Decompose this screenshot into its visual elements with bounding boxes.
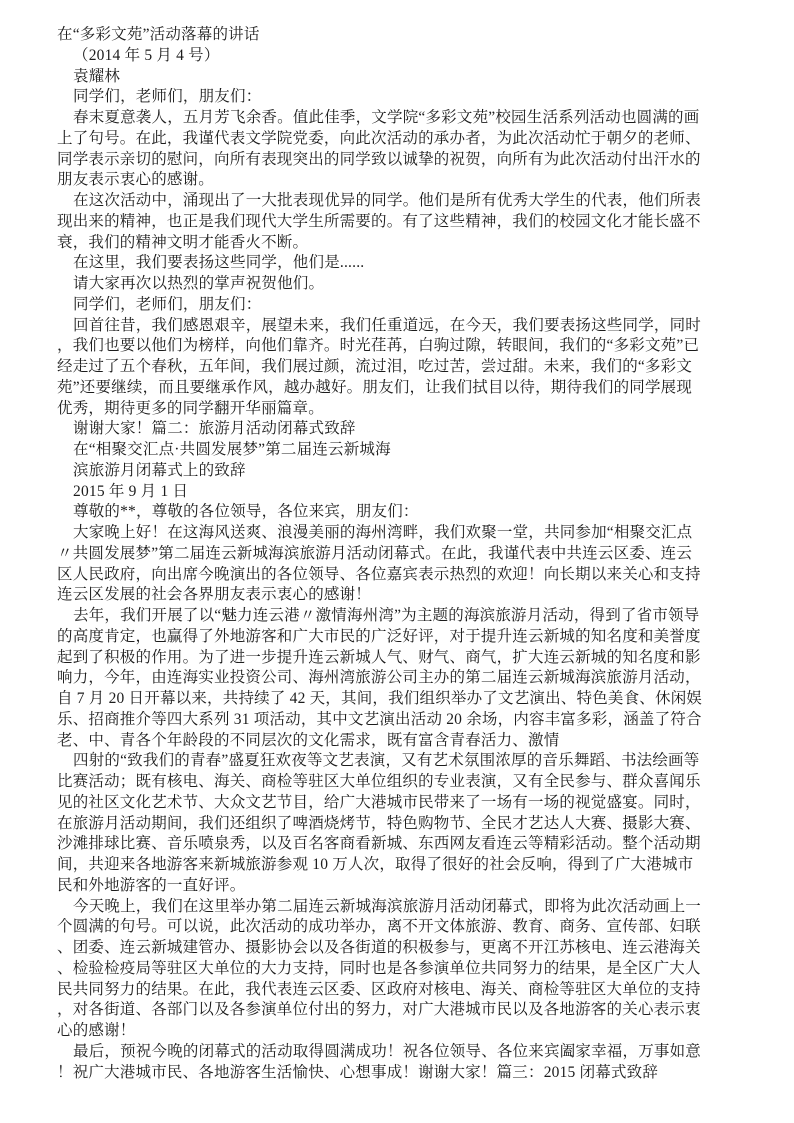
text-line: 上了句号。在此，我谨代表文学院党委，向此次活动的承办者，为此次活动忙于朝夕的老师… [57,129,737,150]
text-line: 尊敬的**，尊敬的各位领导，各位来宾，朋友们： [57,502,737,523]
text-line: 同学们，老师们，朋友们： [57,295,737,316]
text-line: 民和外地游客的一直好评。 [57,876,737,897]
document-page: 在“多彩文苑”活动落幕的讲话（2014 年 5 月 4 号）袁耀林同学们，老师们… [0,0,794,1123]
text-line: 民共同努力的结果。在此，我代表连云区委、区政府对核电、海关、商检等驻区大单位的支… [57,980,737,1001]
text-line: 比赛活动；既有核电、海关、商检等驻区大单位组织的专业表演，又有全民参与、群众喜闻… [57,772,737,793]
text-line: 沙滩排球比赛、音乐喷泉秀，以及百名客商看新城、东西网友看连云等精彩活动。整个活动… [57,834,737,855]
text-line: ，对各街道、各部门以及各参演单位付出的努力，对广大港城市民以及各地游客的关心表示… [57,1000,737,1021]
text-line: 在这次活动中，涌现出了一大批表现优异的同学。他们是所有优秀大学生的代表，他们所表 [57,191,737,212]
text-line: 在旅游月活动期间，我们还组织了啤酒烧烤节，特色购物节、全民才艺达人大赛、摄影大赛… [57,814,737,835]
text-line: 、检验检疫局等驻区大单位的大力支持，同时也是各参演单位共同努力的结果，是全区广大… [57,959,737,980]
text-line: 同学表示亲切的慰问，向所有表现突出的同学致以诚挚的祝贺，向所有为此次活动付出汗水… [57,150,737,171]
text-line: 在这里，我们要表扬这些同学，他们是...... [57,253,737,274]
text-line: 连云区发展的社会各界朋友表示衷心的感谢！ [57,585,737,606]
text-line: ，我们也要以他们为榜样，向他们靠齐。时光荏苒，白驹过隙，转眼间，我们的“多彩文苑… [57,336,737,357]
text-line: 老、中、青各个年龄段的不同层次的文化需求，既有富含青春活力、激情 [57,731,737,752]
text-line: 2015 年 9 月 1 日 [57,482,737,503]
text-line: 去年，我们开展了以“魅力连云港〃激情海州湾”为主题的海滨旅游月活动，得到了省市领… [57,606,737,627]
text-line: 的高度肯定，也赢得了外地游客和广大市民的广泛好评，对于提升连云新城的知名度和美誉… [57,627,737,648]
text-line: 最后，预祝今晚的闭幕式的活动取得圆满成功！祝各位领导、各位来宾阖家幸福，万事如意 [57,1042,737,1063]
text-line: 春末夏意袭人，五月芳飞余香。值此佳季，文学院“多彩文苑”校园生活系列活动也圆满的… [57,108,737,129]
text-line: 大家晚上好！在这海风送爽、浪漫美丽的海州湾畔，我们欢聚一堂，共同参加“相聚交汇点 [57,523,737,544]
text-line: 心的感谢！ [57,1021,737,1042]
text-line: ！祝广大港城市民、各地游客生活愉快、心想事成！谢谢大家！篇三：2015 闭幕式致… [57,1063,737,1084]
text-line: 现出来的精神，也正是我们现代大学生所需要的。有了这些精神，我们的校园文化才能长盛… [57,212,737,233]
text-line: 优秀，期待更多的同学翻开华丽篇章。 [57,399,737,420]
text-line: 朋友表示衷心的感谢。 [57,170,737,191]
text-line: 同学们，老师们，朋友们： [57,87,737,108]
document-body: 在“多彩文苑”活动落幕的讲话（2014 年 5 月 4 号）袁耀林同学们，老师们… [57,25,737,1083]
text-line: 衰，我们的精神文明才能香火不断。 [57,233,737,254]
text-line: （2014 年 5 月 4 号） [57,46,737,67]
text-line: 谢谢大家！篇二：旅游月活动闭幕式致辞 [57,419,737,440]
text-line: 自 7 月 20 日开幕以来，共持续了 42 天，其间，我们组织举办了文艺演出、… [57,689,737,710]
text-line: 间，共迎来各地游客来新城旅游参观 10 万人次，取得了很好的社会反响，得到了广大… [57,855,737,876]
text-line: 、团委、连云新城建管办、摄影协会以及各街道的积极参与，更离不开江苏核电、连云港海… [57,938,737,959]
text-line: 个圆满的句号。可以说，此次活动的成功举办，离不开文体旅游、教育、商务、宣传部、妇… [57,917,737,938]
text-line: 苑”还要继续，而且要继承作风，越办越好。朋友们，让我们拭目以待，期待我们的同学展… [57,378,737,399]
text-line: 滨旅游月闭幕式上的致辞 [57,461,737,482]
text-line: 起到了积极的作用。为了进一步提升连云新城人气、财气、商气，扩大连云新城的知名度和… [57,648,737,669]
text-line: 四射的“致我们的青春”盛夏狂欢夜等文艺表演，又有艺术氛围浓厚的音乐舞蹈、书法绘画… [57,751,737,772]
text-line: 〃共圆发展梦”第二届连云新城海滨旅游月活动闭幕式。在此，我谨代表中共连云区委、连… [57,544,737,565]
text-line: 区人民政府，向出席今晚演出的各位领导、各位嘉宾表示热烈的欢迎！向长期以来关心和支… [57,565,737,586]
text-line: 请大家再次以热烈的掌声祝贺他们。 [57,274,737,295]
text-line: 经走过了五个春秋，五年间，我们展过颜，流过泪，吃过苦，尝过甜。未来，我们的“多彩… [57,357,737,378]
text-line: 乐、招商推介等四大系列 31 项活动，其中文艺演出活动 20 余场，内容丰富多彩… [57,710,737,731]
text-line: 今天晚上，我们在这里举办第二届连云新城海滨旅游月活动闭幕式，即将为此次活动画上一 [57,897,737,918]
text-line: 在“相聚交汇点·共圆发展梦”第二届连云新城海 [57,440,737,461]
text-line: 回首往昔，我们感恩艰辛，展望未来，我们任重道远，在今天，我们要表扬这些同学，同时 [57,316,737,337]
text-line: 见的社区文化艺术节、大众文艺节目，给广大港城市民带来了一场有一场的视觉盛宴。同时… [57,793,737,814]
text-line: 在“多彩文苑”活动落幕的讲话 [57,25,737,46]
text-line: 响力，今年，由连海实业投资公司、海州湾旅游公司主办的第二届连云新城海滨旅游月活动… [57,668,737,689]
text-line: 袁耀林 [57,67,737,88]
